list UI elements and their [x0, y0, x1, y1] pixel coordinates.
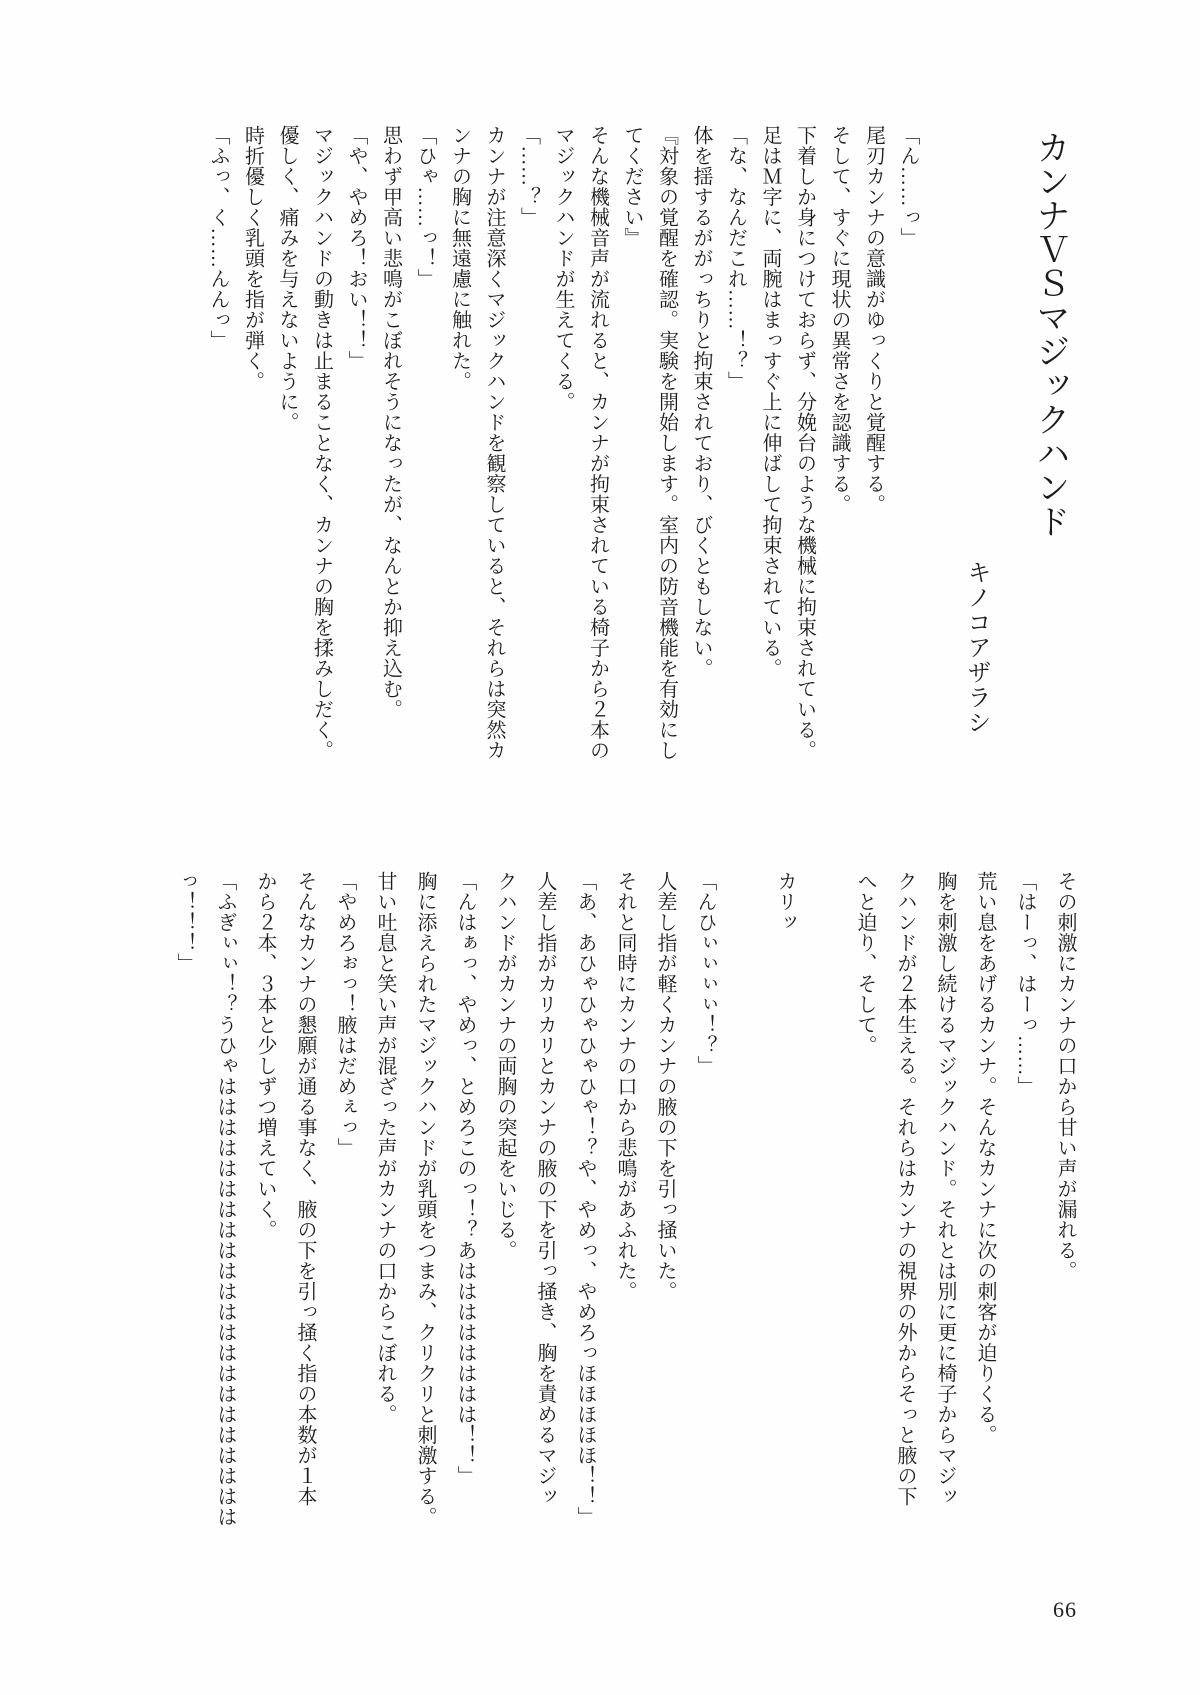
upper-text-block: 「ん……っ」尾刃カンナの意識がゆっくりと覚醒する。そして、すぐに現状の異常さを認…: [200, 125, 925, 805]
text-line: マジックハンドが生えてくる。: [546, 125, 581, 805]
text-line: 「や、やめろ！おい！！」: [339, 125, 374, 805]
text-line: 「……？」: [511, 125, 546, 805]
text-line: 「はーっ、はーっ……」: [1005, 871, 1045, 1591]
text-line: 「やめろぉっ！腋はだめぇっ」: [325, 871, 365, 1591]
text-line: カリッ: [765, 871, 805, 1591]
text-line: 「ふぎぃぃ！？うひゃはははははははははははははははははははははは: [205, 871, 245, 1591]
text-line: 「んひぃぃぃぃ！？」: [685, 871, 725, 1591]
text-line: 「ひゃ……っ！」: [408, 125, 443, 805]
text-line: 胸に添えられたマジックハンドが乳頭をつまみ、クリクリと刺激する。: [405, 871, 445, 1591]
lower-text-block: その刺激にカンナの口から甘い声が漏れる。「はーっ、はーっ……」荒い息をあげるカン…: [165, 871, 1085, 1591]
text-line: クハンドがカンナの両胸の突起をいじる。: [485, 871, 525, 1591]
text-line: そんな機械音声が流れると、カンナが拘束されている椅子から２本の: [580, 125, 615, 805]
text-line: それと同時にカンナの口から悲鳴があふれた。: [605, 871, 645, 1591]
text-line: クハンドが２本生える。それらはカンナの視界の外からそっと腋の下: [885, 871, 925, 1591]
text-line: 荒い息をあげるカンナ。そんなカンナに次の刺客が迫りくる。: [965, 871, 1005, 1591]
text-line: 体を揺するががっちりと拘束されており、びくともしない。: [684, 125, 719, 805]
text-line: 下着しか身につけておらず、分娩台のような機械に拘束されている。: [787, 125, 822, 805]
text-line: から２本、３本と少しずつ増えていく。: [245, 871, 285, 1591]
text-line: っ！！！」: [165, 871, 205, 1591]
text-line: 人差し指が軽くカンナの腋の下を引っ掻いた。: [645, 871, 685, 1591]
text-line: 甘い吐息と笑い声が混ざった声がカンナの口からこぼれる。: [365, 871, 405, 1591]
text-line: 胸を刺激し続けるマジックハンド。それとは別に更に椅子からマジッ: [925, 871, 965, 1591]
text-line: そんなカンナの懇願が通る事なく、腋の下を引っ掻く指の本数が１本: [285, 871, 325, 1591]
text-line: その刺激にカンナの口から甘い声が漏れる。: [1045, 871, 1085, 1591]
text-line: 尾刃カンナの意識がゆっくりと覚醒する。: [856, 125, 891, 805]
text-line: てください』: [615, 125, 650, 805]
text-line: 人差し指がカリカリとカンナの腋の下を引っ掻き、胸を責めるマジッ: [525, 871, 565, 1591]
text-line: 「ふっ、く……んんっ」: [201, 125, 236, 805]
text-line: [725, 871, 765, 1591]
text-line: マジックハンドの動きは止まることなく、カンナの胸を揉みしだく。: [304, 125, 339, 805]
text-line: [805, 871, 845, 1591]
text-line: そして、すぐに現状の異常さを認識する。: [822, 125, 857, 805]
story-author: キノコアザラシ: [961, 560, 991, 735]
text-line: ンナの胸に無遠慮に触れた。: [442, 125, 477, 805]
text-line: 「な、なんだこれ……！？」: [718, 125, 753, 805]
text-line: 思わず甲高い悲鳴がこぼれそうになったが、なんとか抑え込む。: [373, 125, 408, 805]
text-line: 「ん……っ」: [891, 125, 926, 805]
text-line: 「んはぁっ、やめっ、とめろこのっ！？あはははははははは！！」: [445, 871, 485, 1591]
document-page: カンナＶＳマジックハンド キノコアザラシ 「ん……っ」尾刃カンナの意識がゆっくり…: [0, 0, 1200, 1695]
text-line: 優しく、痛みを与えないように。: [270, 125, 305, 805]
text-line: 足はＭ字に、両腕はまっすぐ上に伸ばして拘束されている。: [753, 125, 788, 805]
page-number: 66: [1053, 1597, 1077, 1623]
text-line: へと迫り、そして。: [845, 871, 885, 1591]
text-line: カンナが注意深くマジックハンドを観察していると、それらは突然カ: [477, 125, 512, 805]
text-line: 時折優しく乳頭を指が弾く。: [235, 125, 270, 805]
text-line: 『対象の覚醒を確認。実験を開始します。室内の防音機能を有効にし: [649, 125, 684, 805]
text-line: 「あ、あひゃひゃひゃひゃ！？や、やめっ、やめろっほほほほほ！！」: [565, 871, 605, 1591]
story-title: カンナＶＳマジックハンド: [1028, 130, 1070, 538]
